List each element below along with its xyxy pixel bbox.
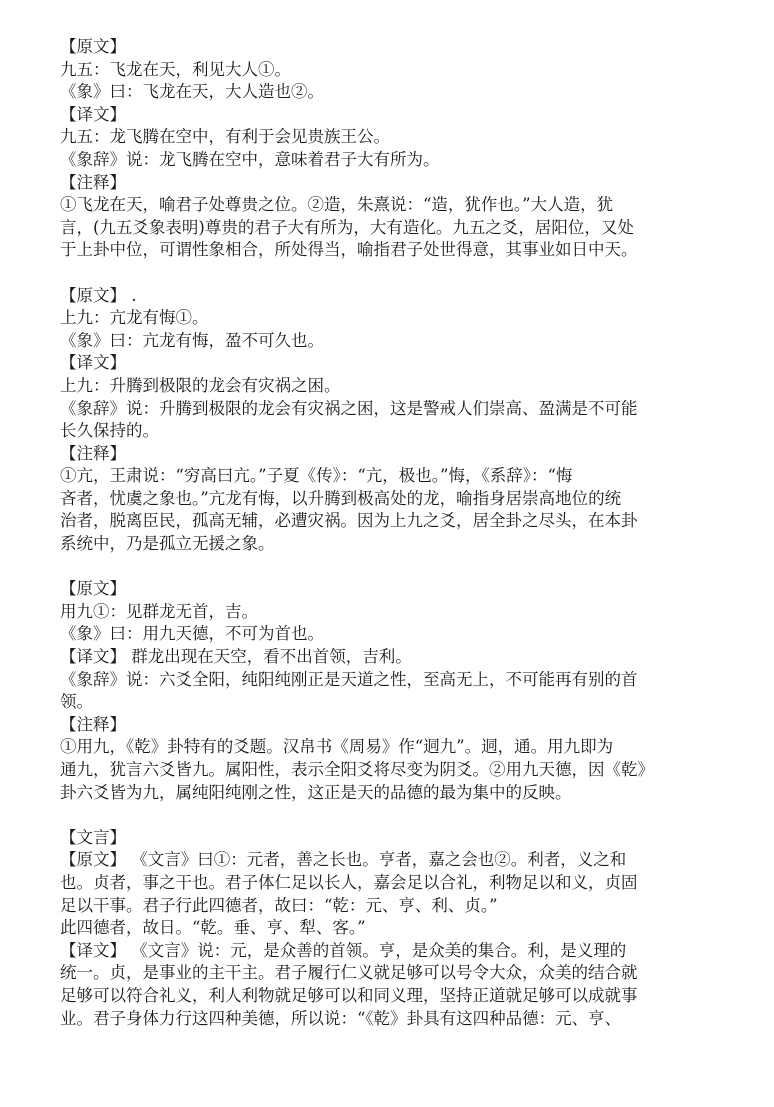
section-jiuwu: 【原文】 九五：飞龙在天，利见大人①。 《象》曰：飞龙在天，大人造也②。 【译文… — [60, 36, 700, 262]
heading-notes: 【注释】 — [60, 714, 700, 737]
text-line: 《象》曰：飞龙在天，大人造也②。 — [60, 81, 700, 104]
text-line: 通九，犹言六爻皆九。属阳性，表示全阳爻将尽变为阴爻。②用九天德，因《乾》 — [60, 759, 700, 782]
text-line: ①飞龙在天，喻君子处尊贵之位。②造，朱熹说：“造，犹作也。”大人造，犹 — [60, 194, 700, 217]
text-line: 《象辞》说：龙飞腾在空中，意味着君子大有所为。 — [60, 149, 700, 172]
text-line: 言，(九五爻象表明)尊贵的君子大有所为，大有造化。九五之爻，居阳位，又处 — [60, 217, 700, 240]
text-line: 【译文】 《文言》说：元，是众善的首领。亨，是众美的集合。利，是义理的 — [60, 940, 700, 963]
text-line: ①亢，王肃说：“穷高曰亢。”子夏《传》：“亢，极也。”悔，《系辞》：“悔 — [60, 465, 700, 488]
text-line: 也。贞者，事之干也。君子体仁足以长人，嘉会足以合礼，利物足以和义，贞固 — [60, 872, 700, 895]
section-wenyan: 【文言】 【原文】 《文言》曰①：元者，善之长也。亨者，嘉之会也②。利者，义之和… — [60, 827, 700, 1030]
text-line: 上九：升腾到极限的龙会有灾祸之困。 — [60, 375, 700, 398]
text-line: 《象辞》说：六爻全阳，纯阳纯刚正是天道之性，至高无上，不可能再有别的首 — [60, 669, 700, 692]
text-line: 《象》曰：亢龙有悔，盈不可久也。 — [60, 330, 700, 353]
text-line: ①用九，《乾》卦特有的爻题。汉帛书《周易》作“迵九”。迵，通。用九即为 — [60, 736, 700, 759]
text-line: 用九①：见群龙无首，吉。 — [60, 601, 700, 624]
text-line: 《象》曰：用九天德，不可为首也。 — [60, 623, 700, 646]
text-line: 卦六爻皆为九，属纯阳纯刚之性，这正是天的品德的最为集中的反映。 — [60, 782, 700, 805]
heading-original-text: 【原文】 — [60, 578, 700, 601]
text-line: 长久保持的。 — [60, 420, 700, 443]
paragraph-gap — [60, 556, 700, 579]
document-page: 【原文】 九五：飞龙在天，利见大人①。 《象》曰：飞龙在天，大人造也②。 【译文… — [60, 36, 700, 1030]
heading-translation: 【译文】 — [60, 352, 700, 375]
text-line: 《象辞》说：升腾到极限的龙会有灾祸之困，这是警戒人们崇高、盈满是不可能 — [60, 398, 700, 421]
heading-notes: 【注释】 — [60, 443, 700, 466]
text-line: 统一。贞，是事业的主干主。君子履行仁义就足够可以号令大众，众美的结合就 — [60, 962, 700, 985]
paragraph-gap — [60, 262, 700, 285]
text-line: 九五：飞龙在天，利见大人①。 — [60, 59, 700, 82]
text-line: 足够可以符合礼义，利人利物就足够可以和同义理，坚持正道就足够可以成就事 — [60, 985, 700, 1008]
heading-wenyan: 【文言】 — [60, 827, 700, 850]
heading-translation: 【译文】 群龙出现在天空，看不出首领，吉利。 — [60, 646, 700, 669]
text-line: 【原文】 《文言》曰①：元者，善之长也。亨者，嘉之会也②。利者，义之和 — [60, 849, 700, 872]
text-line: 治者，脱离臣民，孤高无辅，必遭灾祸。因为上九之爻，居全卦之尽头，在本卦 — [60, 510, 700, 533]
text-line: 足以干事。君子行此四德者，故曰：“乾：元、亨、利、贞。” — [60, 895, 700, 918]
text-line: 系统中，乃是孤立无援之象。 — [60, 533, 700, 556]
text-line: 九五：龙飞腾在空中，有利于会见贵族王公。 — [60, 126, 700, 149]
text-line: 吝者，忧虞之象也。”亢龙有悔，以升腾到极高处的龙，喻指身居崇高地位的统 — [60, 488, 700, 511]
heading-translation: 【译文】 — [60, 104, 700, 127]
heading-original-text: 【原文】 . — [60, 285, 700, 308]
text-line: 此四德者，故日。“乾。垂、亨、犁、客。” — [60, 917, 700, 940]
section-yongjiu: 【原文】 用九①：见群龙无首，吉。 《象》曰：用九天德，不可为首也。 【译文】 … — [60, 578, 700, 804]
heading-original-text: 【原文】 — [60, 36, 700, 59]
text-line: 上九：亢龙有悔①。 — [60, 307, 700, 330]
text-line: 业。君子身体力行这四种美德，所以说：“《乾》卦具有这四种品德：元、亨、 — [60, 1008, 700, 1031]
text-line: 于上卦中位，可谓性象相合，所处得当，喻指君子处世得意，其事业如日中天。 — [60, 239, 700, 262]
text-line: 领。 — [60, 691, 700, 714]
section-shangjiu: 【原文】 . 上九：亢龙有悔①。 《象》曰：亢龙有悔，盈不可久也。 【译文】 上… — [60, 285, 700, 556]
heading-notes: 【注释】 — [60, 172, 700, 195]
paragraph-gap — [60, 804, 700, 827]
